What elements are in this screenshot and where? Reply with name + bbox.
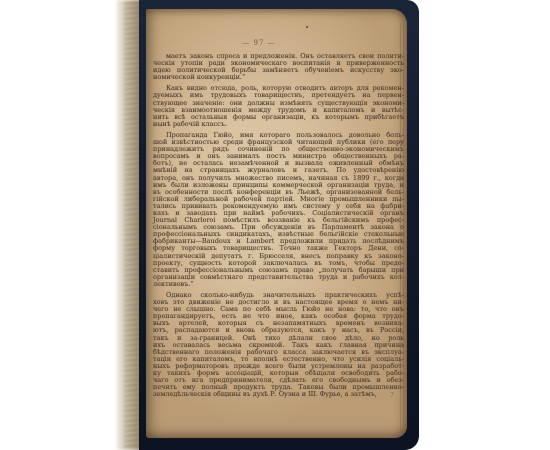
paragraph: Какъ видно отсюда, роль, которую отводит… — [153, 85, 404, 128]
text-line: номической конкуренціи.“ — [153, 74, 404, 81]
paragraph: Пропаганда Гюйо, имя котораго пользовало… — [153, 132, 404, 288]
paper-speck — [306, 26, 308, 28]
paragraph: Однако сколько-нибудь значительныхъ прак… — [153, 292, 404, 398]
book-page: — 97 — маетъ законъ спроса и предложенія… — [146, 9, 407, 438]
signature-mark: 7 — [390, 392, 394, 399]
text-line: лективовъ.“ — [153, 281, 404, 288]
text-line: нынѣ рабочій классъ. — [153, 121, 404, 128]
book-photo: — 97 — маетъ законъ спроса и предложенія… — [0, 0, 550, 450]
page-text: маетъ законъ спроса и предложенія. Онъ о… — [153, 53, 404, 402]
page-number: — 97 — — [204, 39, 314, 47]
text-line: земледѣльческія общины въ духѣ Р. Оуэна … — [153, 391, 404, 398]
paragraph: маетъ законъ спроса и предложенія. Онъ о… — [153, 53, 404, 81]
